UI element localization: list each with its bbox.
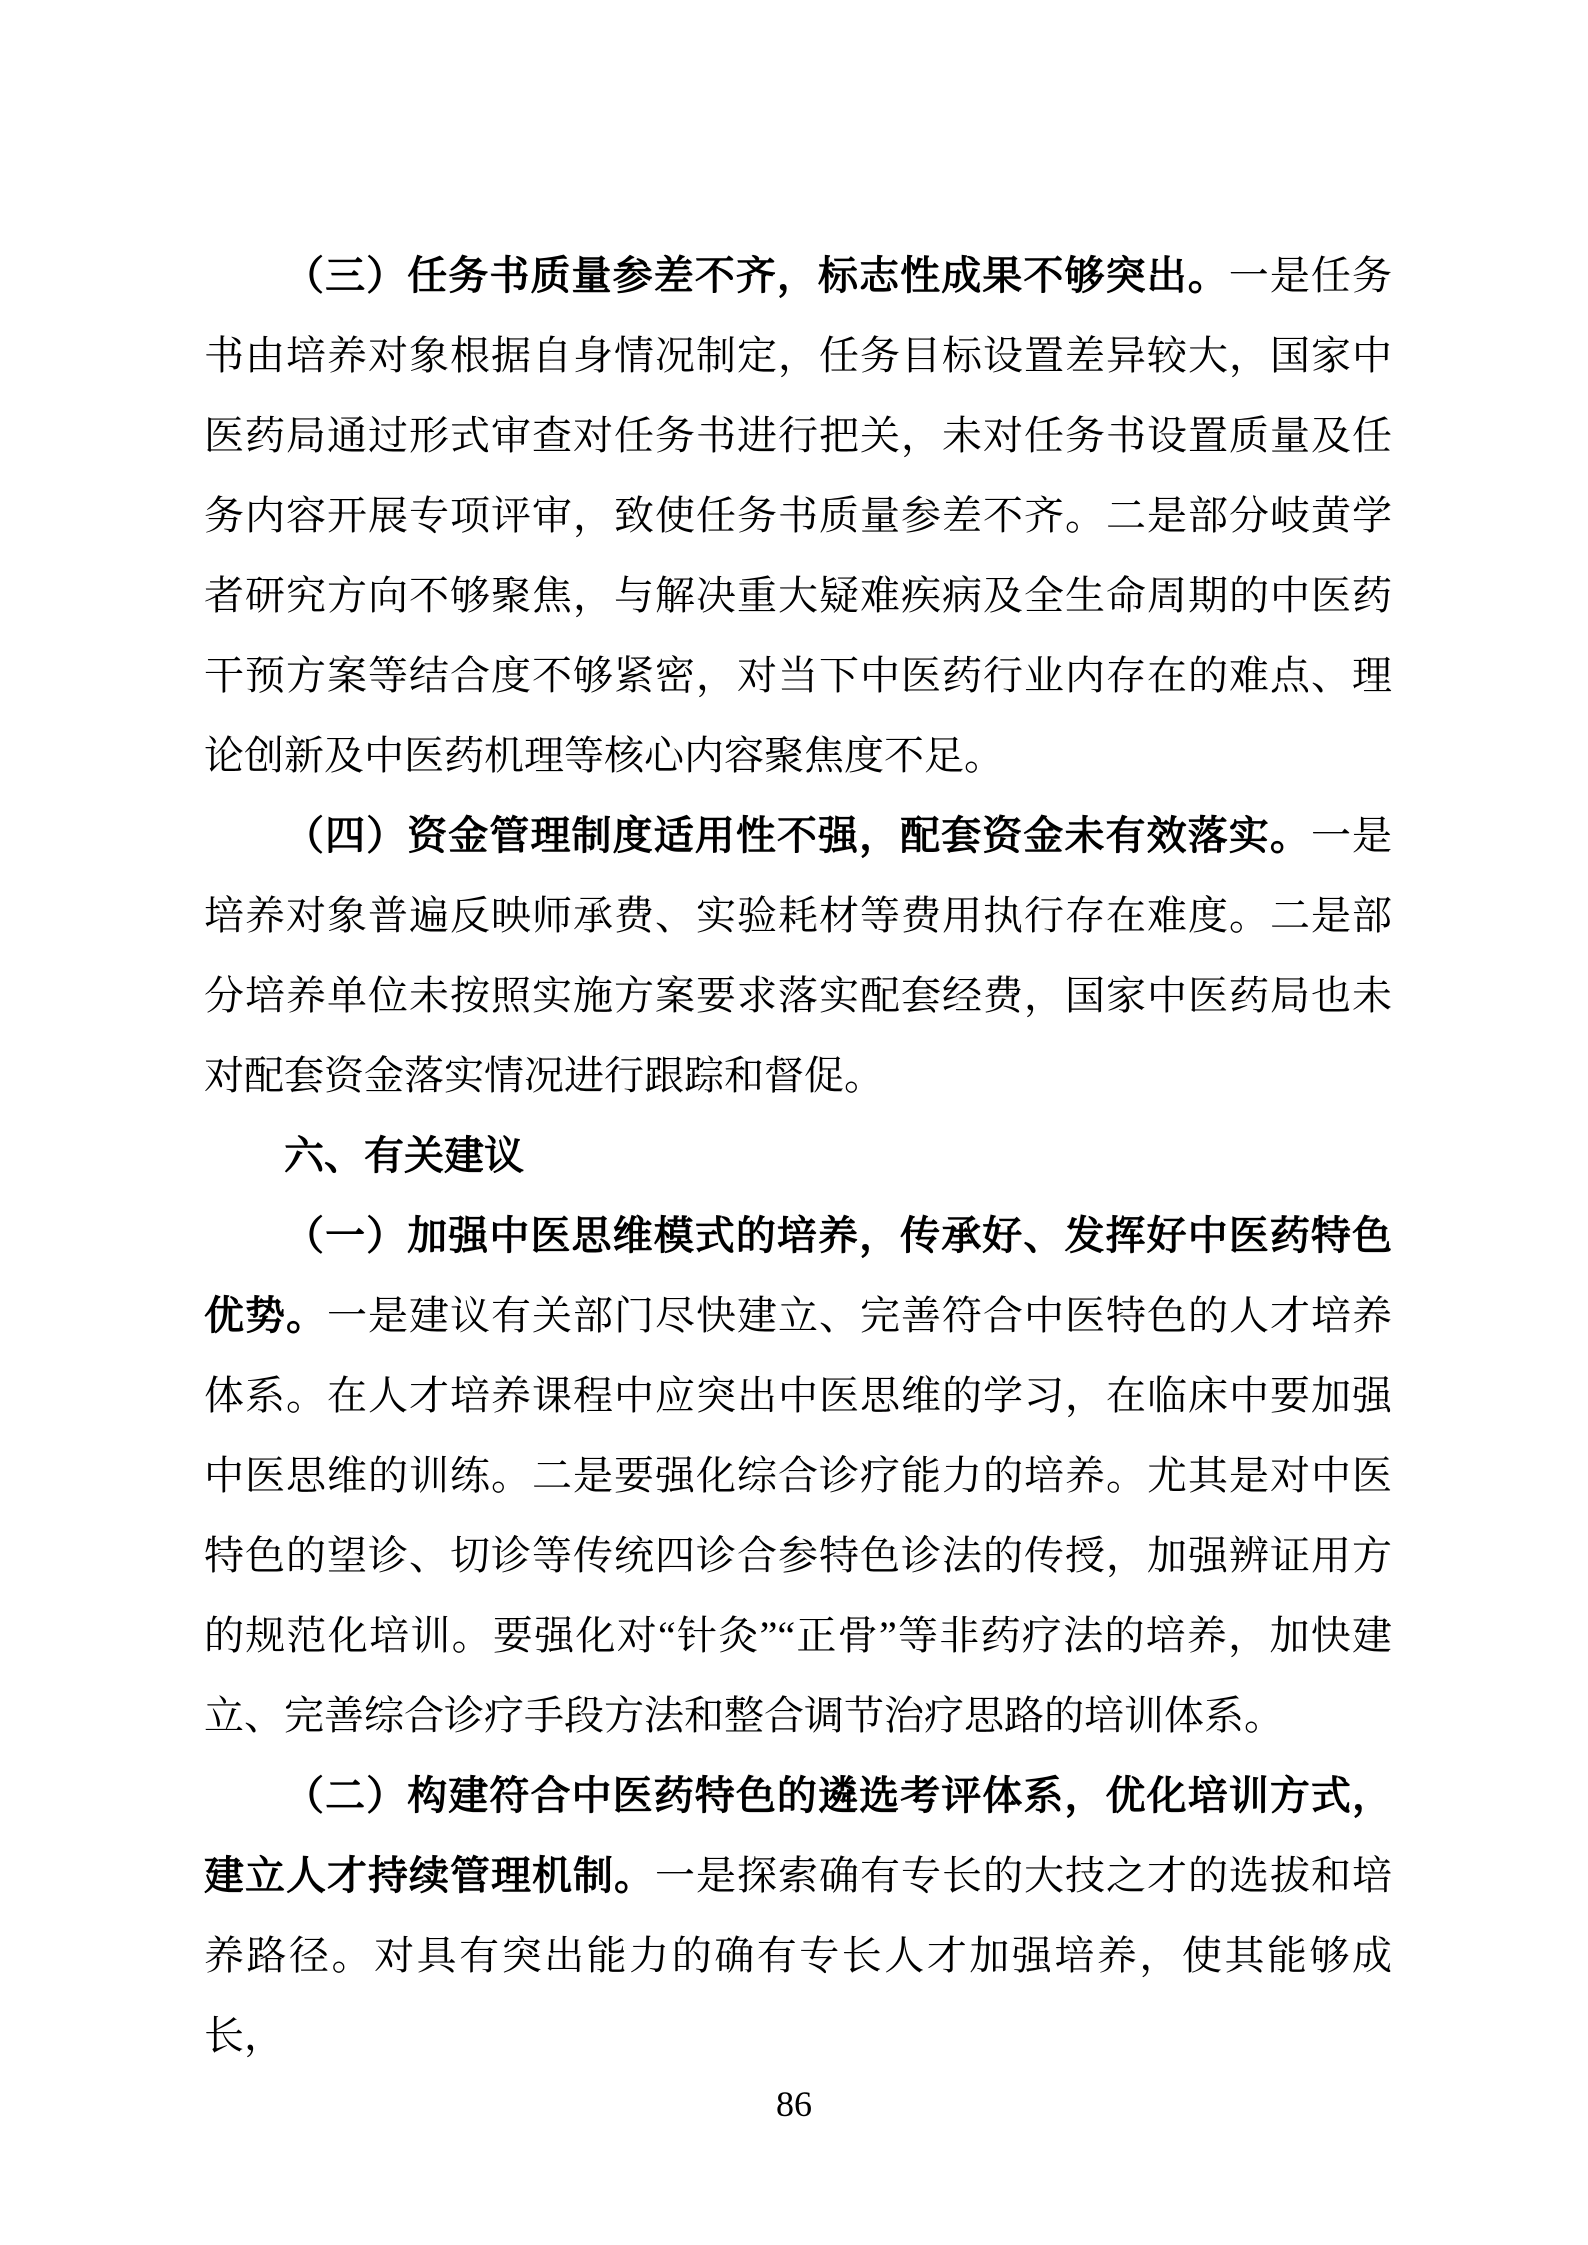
section-heading-six: 六、有关建议	[204, 1116, 1392, 1196]
page-number: 86	[0, 2084, 1588, 2124]
paragraph-item-4-lead: （四）资金管理制度适用性不强，配套资金未有效落实。	[284, 813, 1311, 858]
paragraph-item-4: （四）资金管理制度适用性不强，配套资金未有效落实。一是培养对象普遍反映师承费、实…	[204, 796, 1392, 1116]
paragraph-item-3: （三）任务书质量参差不齐，标志性成果不够突出。一是任务书由培养对象根据自身情况制…	[204, 236, 1392, 796]
paragraph-item-1-text: 一是建议有关部门尽快建立、完善符合中医特色的人才培养体系。在人才培养课程中应突出…	[204, 1293, 1392, 1738]
paragraph-item-3-text: 一是任务书由培养对象根据自身情况制定，任务目标设置差异较大，国家中医药局通过形式…	[204, 253, 1392, 778]
document-body: （三）任务书质量参差不齐，标志性成果不够突出。一是任务书由培养对象根据自身情况制…	[204, 236, 1392, 2076]
paragraph-item-2: （二）构建符合中医药特色的遴选考评体系，优化培训方式，建立人才持续管理机制。一是…	[204, 1756, 1392, 2076]
document-page: （三）任务书质量参差不齐，标志性成果不够突出。一是任务书由培养对象根据自身情况制…	[0, 0, 1588, 2245]
paragraph-item-1: （一）加强中医思维模式的培养，传承好、发挥好中医药特色优势。一是建议有关部门尽快…	[204, 1196, 1392, 1756]
paragraph-item-3-lead: （三）任务书质量参差不齐，标志性成果不够突出。	[284, 253, 1229, 298]
